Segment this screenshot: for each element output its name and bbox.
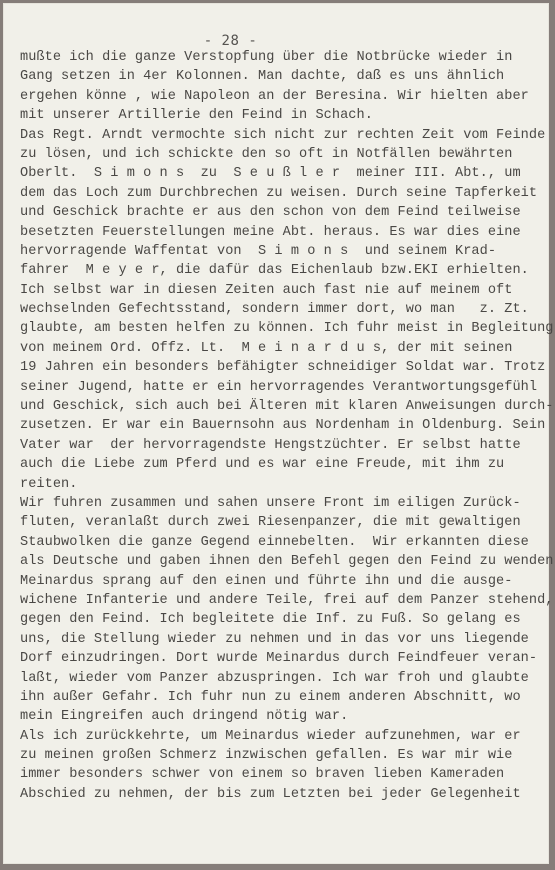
text-line: fahrer M e y e r, die dafür das Eichenla… [20,261,550,280]
text-line: mit unserer Artillerie den Feind in Scha… [20,106,550,125]
text-line: wichene Infanterie und andere Teile, fre… [20,591,550,610]
text-line: laßt, wieder vom Panzer abzuspringen. Ic… [20,669,550,688]
text-line: Staubwolken die ganze Gegend einnebelten… [20,533,550,552]
text-line: seiner Jugend, hatte er ein hervorragend… [20,378,550,397]
text-line: 19 Jahren ein besonders befähigter schne… [20,358,550,377]
text-line: zu meinen großen Schmerz inzwischen gefa… [20,746,550,765]
text-line: immer besonders schwer von einem so brav… [20,765,550,784]
text-line: Meinardus sprang auf den einen und führt… [20,572,550,591]
text-line: ihn außer Gefahr. Ich fuhr nun zu einem … [20,688,550,707]
text-line: Das Regt. Arndt vermochte sich nicht zur… [20,126,550,145]
text-line: hervorragende Waffentat von S i m o n s … [20,242,550,261]
text-line: gegen den Feind. Ich begleitete die Inf.… [20,610,550,629]
page-number: - 28 - [3,33,458,49]
text-line: mein Eingreifen auch dringend nötig war. [20,707,550,726]
text-line: und Geschick, sich auch bei Älteren mit … [20,397,550,416]
text-line: auch die Liebe zum Pferd und es war eine… [20,455,550,474]
text-line: Ich selbst war in diesen Zeiten auch fas… [20,281,550,300]
text-line: dem das Loch zum Durchbrechen zu weisen.… [20,184,550,203]
text-line: und Geschick brachte er aus den schon vo… [20,203,550,222]
document-body-text: mußte ich die ganze Verstopfung über die… [20,48,550,804]
text-line: Wir fuhren zusammen und sahen unsere Fro… [20,494,550,513]
text-line: reiten. [20,475,550,494]
text-line: mußte ich die ganze Verstopfung über die… [20,48,550,67]
text-line: zu lösen, und ich schickte den so oft in… [20,145,550,164]
text-line: glaubte, am besten helfen zu können. Ich… [20,319,550,338]
text-line: besetzten Feuerstellungen meine Abt. her… [20,223,550,242]
text-line: von meinem Ord. Offz. Lt. M e i n a r d … [20,339,550,358]
text-line: Abschied zu nehmen, der bis zum Letzten … [20,785,550,804]
document-page: - 28 - mußte ich die ganze Verstopfung ü… [3,3,549,864]
text-line: Vater war der hervorragendste Hengstzüch… [20,436,550,455]
text-line: Als ich zurückkehrte, um Meinardus wiede… [20,727,550,746]
text-line: uns, die Stellung wieder zu nehmen und i… [20,630,550,649]
text-line: als Deutsche und gaben ihnen den Befehl … [20,552,550,571]
text-line: Dorf einzudringen. Dort wurde Meinardus … [20,649,550,668]
text-line: ergehen könne , wie Napoleon an der Bere… [20,87,550,106]
text-line: wechselnden Gefechtsstand, sondern immer… [20,300,550,319]
text-line: fluten, veranlaßt durch zwei Riesenpanze… [20,513,550,532]
text-line: zusetzen. Er war ein Bauernsohn aus Nord… [20,416,550,435]
text-line: Gang setzen in 4er Kolonnen. Man dachte,… [20,67,550,86]
text-line: Oberlt. S i m o n s zu S e u ß l e r mei… [20,164,550,183]
